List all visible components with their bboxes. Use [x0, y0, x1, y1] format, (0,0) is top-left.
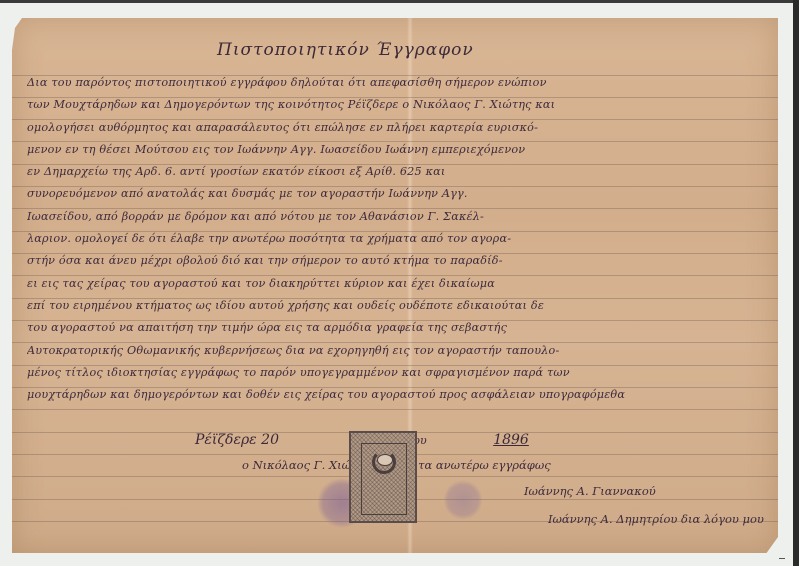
document-page: Πιστοποιητικόν Έγγραφον Δια του παρόντος… [12, 18, 778, 553]
text-line: του αγοραστού να απαιτήση την τιμήν ώρα … [27, 317, 772, 339]
text-line: ει εις τας χείρας του αγοραστού και τον … [27, 273, 772, 295]
signature-witness: Ιωάννης Α. Γιαννακού [524, 484, 656, 498]
text-line: μένος τίτλος ιδιοκτησίας εγγράφως το παρ… [27, 362, 772, 384]
text-line: επί του ειρημένου κτήματος ως ιδίου αυτο… [27, 295, 772, 317]
document-body: Δια του παρόντος πιστοποιητικού εγγράφου… [27, 72, 772, 406]
scan-artifact [779, 558, 785, 559]
tughra-icon [377, 454, 393, 466]
text-line: λαριον. ομολογεί δε ότι έλαβε την ανωτέρ… [27, 228, 772, 250]
text-line: Ιωασείδου, από βορράν με δρόμον και από … [27, 206, 772, 228]
text-line: μουχτάρηδων και δημογερόντων και δοθέν ε… [27, 384, 772, 406]
text-line: Αυτοκρατορικής Οθωμανικής κυβερνήσεως δι… [27, 340, 772, 362]
revenue-stamp-icon [349, 431, 417, 523]
text-line: Δια του παρόντος πιστοποιητικού εγγράφου… [27, 72, 772, 94]
scan-right-border [793, 0, 799, 566]
text-line: των Μουχτάρηδων και Δημογερόντων της κοι… [27, 94, 772, 116]
signature-scribe: Ιωάννης Α. Δημητρίου δια λόγου μου [548, 512, 764, 526]
purple-seal-right-icon [444, 480, 482, 520]
text-line: συνορευόμενον από ανατολάς και δυσμάς με… [27, 183, 772, 205]
ruled-line [12, 409, 778, 410]
document-title: Πιστοποιητικόν Έγγραφον [217, 40, 474, 60]
text-line: ομολογήσει αυθόρμητος και απαρασάλευτος … [27, 117, 772, 139]
text-line: εν Δημαρχείω της Αρδ. 6. αντί γροσίων εκ… [27, 161, 772, 183]
stamp-frame [361, 443, 407, 515]
scan-top-border [0, 0, 799, 3]
place-name: Ρέϊζδερε [195, 432, 257, 448]
date-day: 20 [261, 432, 279, 448]
date-year: 1896 [493, 432, 529, 448]
text-line: στήν όσα και άνευ μέχρι οβολού διό και τ… [27, 250, 772, 272]
text-line: μενον εν τη θέσει Μούτσου εις τον Ιωάννη… [27, 139, 772, 161]
